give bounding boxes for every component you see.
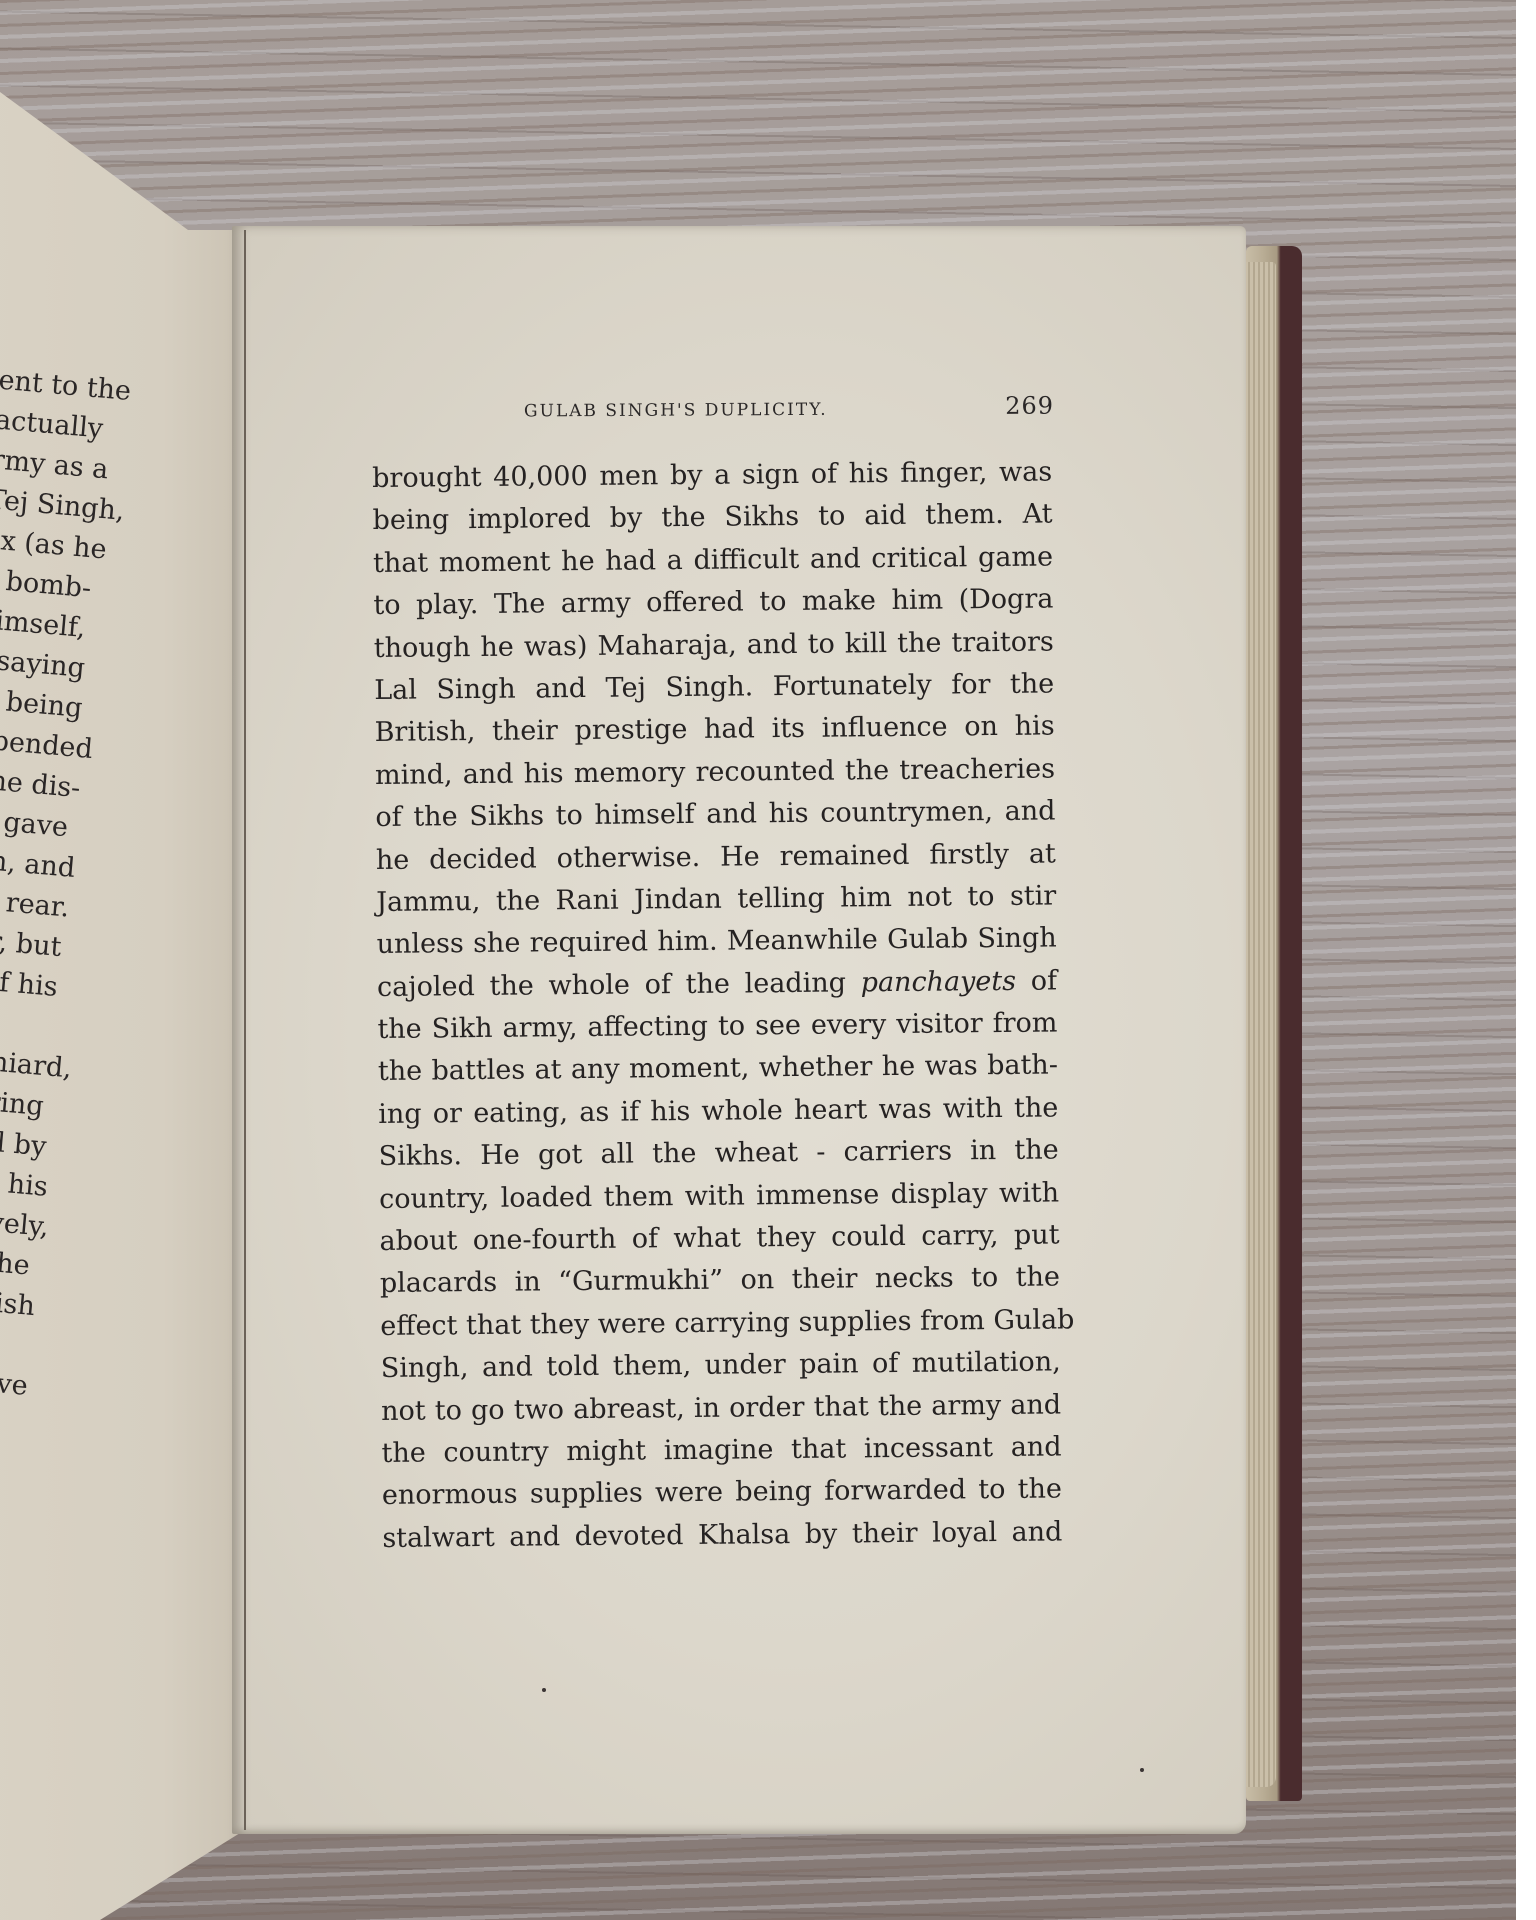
paper-speck [542, 1688, 546, 1692]
left-line: himself, [0, 600, 87, 649]
text-line: brought 40,000 men by a sign of his fing… [372, 451, 1052, 500]
text-line: about one-fourth of what they could carr… [379, 1214, 1059, 1263]
text-line: effect that they were carrying supplies … [380, 1299, 1060, 1348]
text-line: the battles at any moment, whether he wa… [378, 1045, 1058, 1094]
text-line: he decided otherwise. He remained firstl… [376, 833, 1056, 882]
book-gutter [244, 230, 246, 1830]
running-head: GULAB SINGH'S DUPLICITY. [524, 400, 828, 422]
page-header: GULAB SINGH'S DUPLICITY. 269 [524, 392, 1054, 423]
text-line: not to go two abreast, in order that the… [381, 1384, 1061, 1433]
text-line: unless she required him. Meanwhile Gulab… [376, 918, 1056, 967]
text-line: Sikhs. He got all the wheat - carriers i… [379, 1130, 1059, 1179]
paper-speck [1140, 1768, 1144, 1772]
left-line: “ saying [0, 640, 84, 689]
image-margin [1516, 0, 1536, 1920]
text-line: country, loaded them with immense displa… [379, 1172, 1059, 1221]
text-segment: of [1031, 965, 1058, 996]
text-line: British, their prestige had its influenc… [374, 706, 1054, 755]
text-line: the Sikh army, affecting to see every vi… [377, 1003, 1057, 1052]
text-line-with-italic: cajoled the whole of the leading panchay… [377, 960, 1057, 1009]
text-line: of the Sikhs to himself and his countrym… [375, 791, 1055, 840]
text-line: Lal Singh and Tej Singh. Fortunately for… [374, 663, 1054, 712]
left-line: rs being [0, 679, 80, 728]
text-line: placards in “Gurmukhi” on their necks to… [380, 1257, 1060, 1306]
text-line: that moment he had a difficult and criti… [373, 536, 1053, 585]
left-page: ent to the actually rmy as a Tej Singh, … [0, 0, 250, 1920]
wood-table-background: ent to the actually rmy as a Tej Singh, … [0, 0, 1516, 1920]
text-segment: cajoled the whole of the leading [377, 967, 846, 1002]
text-line: mind, and his memory recounted the treac… [375, 748, 1055, 797]
left-page-text: ent to the actually rmy as a Tej Singh, … [0, 361, 108, 1406]
text-line: though he was) Maharaja, and to kill the… [374, 621, 1054, 670]
italic-term: panchayets [861, 966, 1017, 998]
text-line: enormous supplies were being forwarded t… [382, 1469, 1062, 1518]
text-line: ing or eating, as if his whole heart was… [378, 1087, 1058, 1136]
text-line: to play. The army offered to make him (D… [373, 579, 1053, 628]
text-line: being implored by the Sikhs to aid them.… [372, 494, 1052, 543]
page-body-text: brought 40,000 men by a sign of his fing… [372, 451, 1063, 1560]
text-line: the country might imagine that incessant… [381, 1426, 1061, 1475]
text-line: Singh, and told them, under pain of muti… [381, 1342, 1061, 1391]
text-line: Jammu, the Rani Jindan telling him not t… [376, 875, 1056, 924]
text-line: stalwart and devoted Khalsa by their loy… [382, 1511, 1062, 1560]
page-number: 269 [1005, 392, 1054, 420]
